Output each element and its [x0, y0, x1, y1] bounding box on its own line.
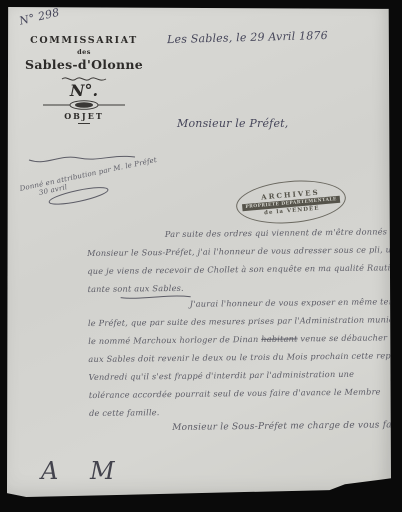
paragraph2-line3: le nommé Marchoux horloger de Dinan habi… [88, 332, 387, 346]
paragraph1-line2: Monsieur le Sous-Préfet, j'ai l'honneur … [87, 244, 402, 258]
paragraph2-line3-pre: le nommé Marchoux horloger de Dinan [88, 334, 261, 346]
paragraph2-line3-post: venue se débaucher [298, 332, 388, 343]
sables-underline-flourish [120, 294, 192, 301]
paragraph2-line7: de cette famille. [89, 407, 160, 418]
paragraph2-line3-struck-word: habitant [261, 333, 297, 343]
paragraph1-line4: tante sont aux Sables. [87, 283, 183, 294]
paragraph2-line2: le Préfet, que par suite des mesures pri… [88, 314, 402, 328]
address-initials: A M [41, 457, 127, 485]
paragraph2-line1: J'aurai l'honneur de vous exposer en mêm… [190, 296, 402, 309]
paragraph1-line1: Par suite des ordres qui viennent de m'ê… [165, 226, 402, 239]
closing-line: Monsieur le Sous-Préfet me charge de vou… [172, 420, 402, 433]
letter-body: Par suite des ordres qui viennent de m'ê… [4, 1, 402, 512]
letter-paper: N° 298 COMMISSARIAT des Sables-d'Olonne … [7, 5, 391, 497]
document-scan: N° 298 COMMISSARIAT des Sables-d'Olonne … [0, 0, 402, 512]
paragraph2-line4: aux Sables doit revenir le deux ou le tr… [88, 350, 400, 364]
paragraph2-line5: Vendredi qu'il s'est frappé d'interdit p… [89, 369, 355, 382]
paragraph1-line3: que je viens de recevoir de Chollet à so… [87, 262, 402, 276]
paragraph2-line6: tolérance accordée pourrait seul de vous… [89, 386, 381, 400]
